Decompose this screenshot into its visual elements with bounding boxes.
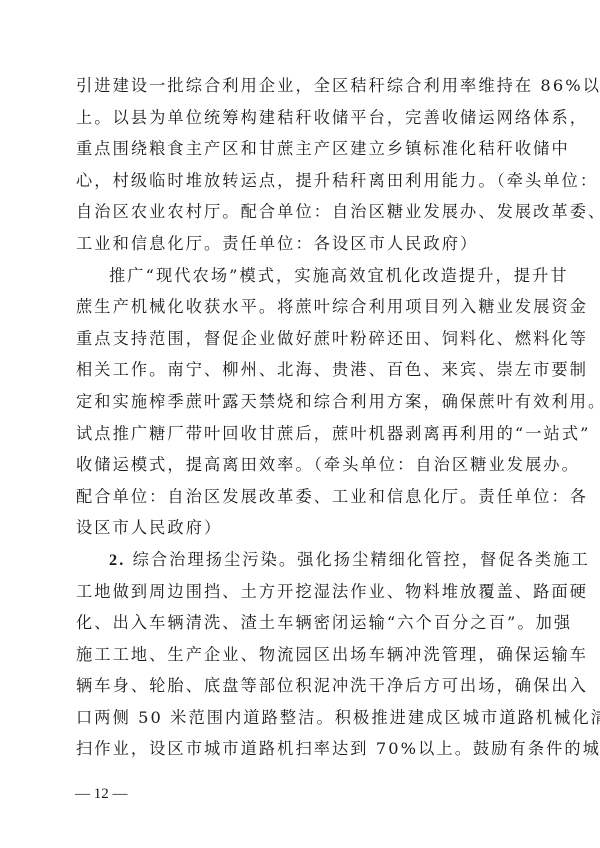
text-line: 收储运模式，提高离田效率。（牵头单位：自治区糖业发展办。: [76, 449, 532, 481]
text-line: 化、出入车辆清洗、渣土车辆密闭运输“六个百分之百”。加强: [76, 607, 532, 639]
section-heading-text: 综合治理扬尘污染。强化扬尘精细化管控，督促各类施工: [133, 550, 590, 569]
text-line: 重点围绕粮食主产区和甘蔗主产区建立乡镇标准化秸秆收储中: [76, 133, 532, 165]
body-text: 引进建设一批综合利用企业，全区秸秆综合利用率维持在 86%以 上。以县为单位统筹…: [76, 70, 532, 765]
text-line: 辆车身、轮胎、底盘等部位积泥冲洗干净后方可出场，确保出入: [76, 670, 532, 702]
text-line: 定和实施榨季蔗叶露天禁烧和综合利用方案，确保蔗叶有效利用。: [76, 386, 532, 418]
paragraph-start-line: 推广“现代农场”模式，实施高效宜机化改造提升，提升甘: [76, 260, 532, 292]
text-line: 设区市人民政府）: [76, 512, 532, 544]
text-line: 工业和信息化厅。责任单位：各设区市人民政府）: [76, 228, 532, 260]
document-page: 引进建设一批综合利用企业，全区秸秆综合利用率维持在 86%以 上。以县为单位统筹…: [0, 0, 600, 848]
text-line: 心，村级临时堆放转运点，提升秸秆离田利用能力。（牵头单位：: [76, 165, 532, 197]
page-number: — 12 —: [75, 786, 128, 803]
text-line: 施工工地、生产企业、物流园区出场车辆冲洗管理，确保运输车: [76, 639, 532, 671]
text-line: 自治区农业农村厅。配合单位：自治区糖业发展办、发展改革委、: [76, 196, 532, 228]
text-line: 试点推广糖厂带叶回收甘蔗后，蔗叶机器剥离再利用的“一站式”: [76, 418, 532, 450]
text-line: 相关工作。南宁、柳州、北海、贵港、百色、来宾、崇左市要制: [76, 354, 532, 386]
text-line: 口两侧 50 米范围内道路整洁。积极推进建成区城市道路机械化清: [76, 702, 532, 734]
text-line: 重点支持范围，督促企业做好蔗叶粉碎还田、饲料化、燃料化等: [76, 323, 532, 355]
text-line: 引进建设一批综合利用企业，全区秸秆综合利用率维持在 86%以: [76, 70, 532, 102]
text-line: 蔗生产机械化收获水平。将蔗叶综合利用项目列入糖业发展资金: [76, 291, 532, 323]
section-heading-line: 2. 综合治理扬尘污染。强化扬尘精细化管控，督促各类施工: [76, 544, 532, 576]
text-line: 配合单位：自治区发展改革委、工业和信息化厅。责任单位：各: [76, 481, 532, 513]
section-number: 2.: [109, 551, 125, 569]
text-line: 工地做到周边围挡、土方开挖湿法作业、物料堆放覆盖、路面硬: [76, 576, 532, 608]
text-line: 扫作业，设区市城市道路机扫率达到 70%以上。鼓励有条件的城: [76, 733, 532, 765]
text-line: 上。以县为单位统筹构建秸秆收储平台，完善收储运网络体系，: [76, 102, 532, 134]
